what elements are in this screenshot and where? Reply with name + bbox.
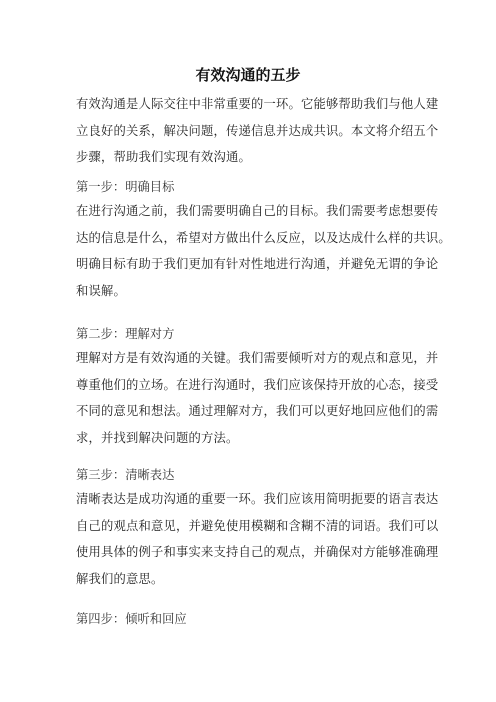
step-2-paragraph: 理解对方是有效沟通的关键。我们需要倾听对方的观点和意见，并 尊重他们的立场。在进… (76, 345, 426, 451)
text-line: 理解对方是有效沟通的关键。我们需要倾听对方的观点和意见，并 (76, 345, 426, 372)
document-page: 有效沟通的五步 有效沟通是人际交往中非常重要的一环。它能够帮助我们与他人建 立良… (0, 0, 496, 702)
text-line: 步骤，帮助我们实现有效沟通。 (76, 144, 426, 171)
text-line: 清晰表达是成功沟通的重要一环。我们应该用简明扼要的语言表达 (76, 486, 426, 513)
text-line: 解我们的意思。 (76, 566, 426, 593)
step-4-heading: 第四步：倾听和回应 (76, 609, 426, 629)
text-line: 达的信息是什么，希望对方做出什么反应，以及达成什么样的共识。 (76, 225, 426, 252)
step-1-section: 第一步：明确目标 在进行沟通之前，我们需要明确自己的目标。我们需要考虑想要传 达… (76, 177, 426, 304)
step-3-heading: 第三步：清晰表达 (76, 465, 426, 485)
text-line: 自己的观点和意见，并避免使用模糊和含糊不清的词语。我们可以 (76, 513, 426, 540)
step-4-section: 第四步：倾听和回应 (76, 609, 426, 629)
text-line: 不同的意见和想法。通过理解对方，我们可以更好地回应他们的需 (76, 398, 426, 425)
document-title: 有效沟通的五步 (0, 64, 496, 86)
intro-paragraph: 有效沟通是人际交往中非常重要的一环。它能够帮助我们与他人建 立良好的关系，解决问… (76, 91, 426, 171)
step-1-heading: 第一步：明确目标 (76, 177, 426, 197)
text-line: 使用具体的例子和事实来支持自己的观点，并确保对方能够准确理 (76, 539, 426, 566)
text-line: 立良好的关系，解决问题，传递信息并达成共识。本文将介绍五个 (76, 118, 426, 145)
step-1-paragraph: 在进行沟通之前，我们需要明确自己的目标。我们需要考虑想要传 达的信息是什么，希望… (76, 198, 426, 304)
text-line: 求，并找到解决问题的方法。 (76, 425, 426, 452)
text-line: 有效沟通是人际交往中非常重要的一环。它能够帮助我们与他人建 (76, 91, 426, 118)
text-line: 尊重他们的立场。在进行沟通时，我们应该保持开放的心态，接受 (76, 372, 426, 399)
step-3-section: 第三步：清晰表达 清晰表达是成功沟通的重要一环。我们应该用简明扼要的语言表达 自… (76, 465, 426, 592)
step-3-paragraph: 清晰表达是成功沟通的重要一环。我们应该用简明扼要的语言表达 自己的观点和意见，并… (76, 486, 426, 592)
text-line: 和误解。 (76, 278, 426, 305)
step-2-heading: 第二步：理解对方 (76, 324, 426, 344)
step-2-section: 第二步：理解对方 理解对方是有效沟通的关键。我们需要倾听对方的观点和意见，并 尊… (76, 324, 426, 451)
text-line: 明确目标有助于我们更加有针对性地进行沟通，并避免无谓的争论 (76, 251, 426, 278)
text-line: 在进行沟通之前，我们需要明确自己的目标。我们需要考虑想要传 (76, 198, 426, 225)
